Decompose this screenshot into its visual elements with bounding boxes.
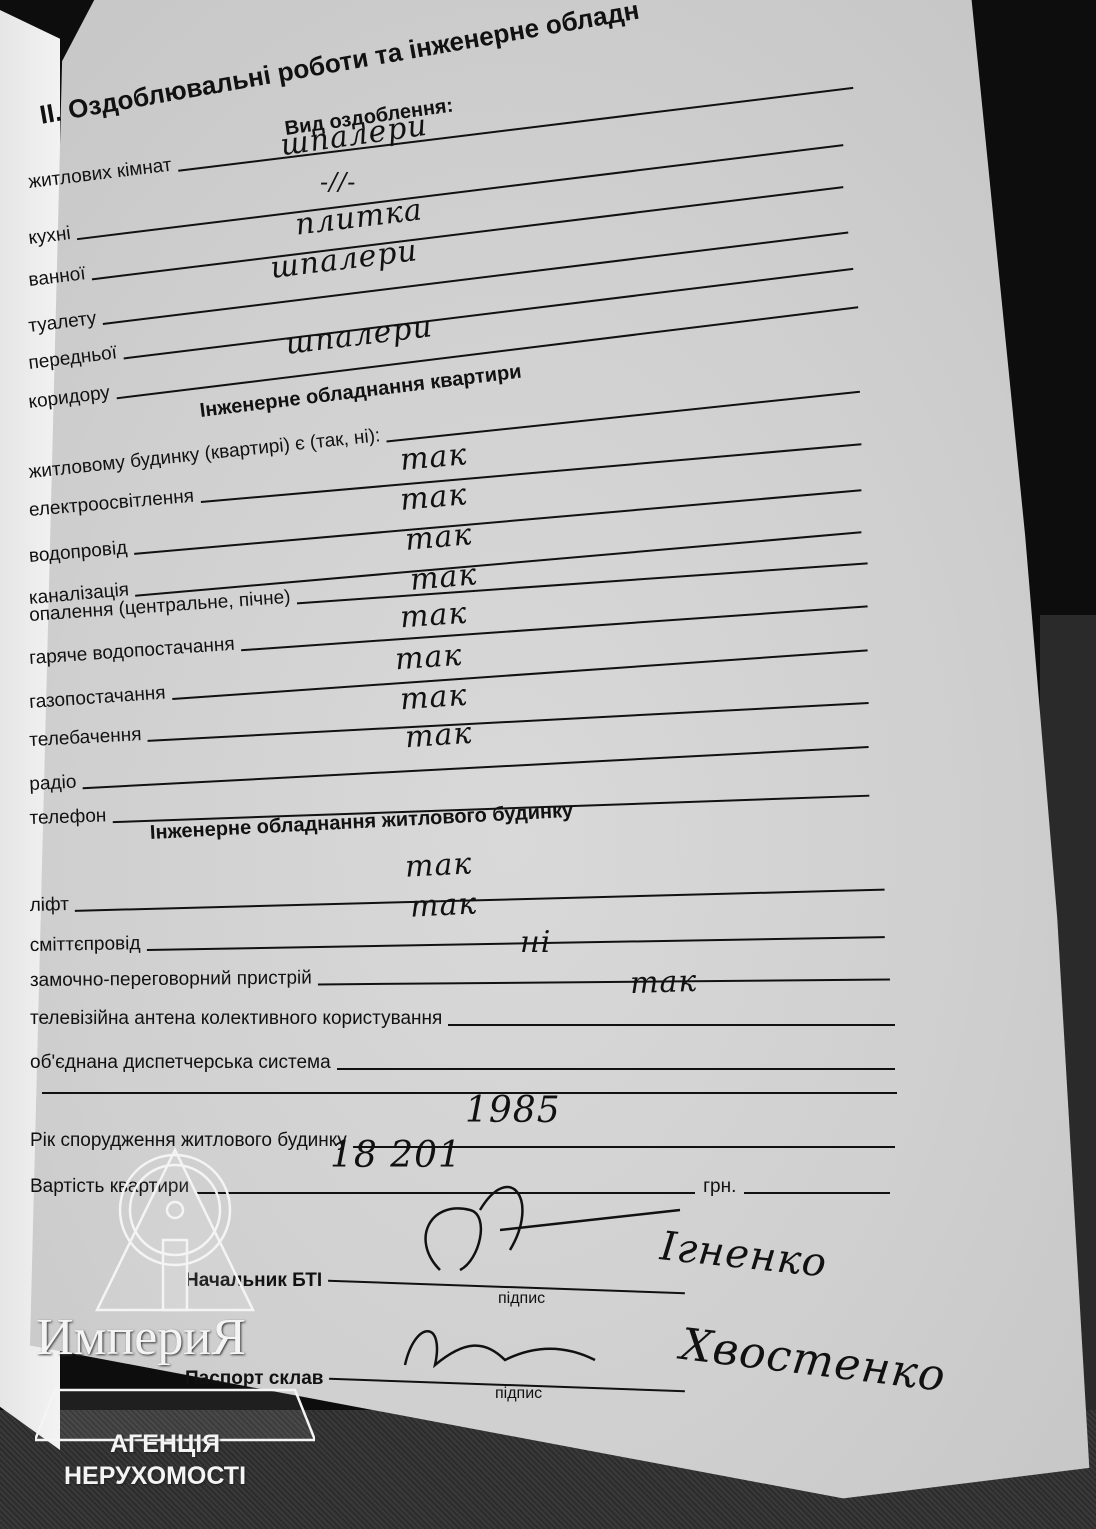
building-row: сміттєпровід [30,920,885,957]
handwritten-value: так [394,638,464,678]
handwritten-value: так [399,477,469,518]
row-label: кухні [27,222,78,250]
signature-scribble [395,1310,635,1390]
signatory-name: Хвостенко [678,1319,949,1402]
row-label: гаряче водопостачання [28,633,241,670]
row-label: телебачення [29,724,148,752]
fill-line [318,977,890,985]
row-label: житлових кімнат [27,154,178,194]
row-label: радіо [29,771,83,796]
row-label: коридору [27,381,117,414]
handwritten-year: 1985 [465,1090,561,1131]
handwritten-value: так [399,678,469,718]
row-label: ванної [27,262,92,292]
handwritten-value: так [404,846,473,884]
row-label: водопровід [28,537,134,568]
building-row: об'єднана диспетчерська система [30,1052,895,1074]
handwritten-value: так [404,716,474,756]
row-label: телевізійна антена колективного користув… [30,1008,448,1030]
handwritten-value: ні [520,925,551,960]
fill-line [147,935,885,951]
watermark-line2: НЕРУХОМОСТІ [64,1462,246,1491]
building-row: замочно-переговорний пристрій [30,962,890,992]
handwritten-value: так [399,437,469,478]
fill-line [744,1191,890,1194]
fill-line [448,1023,895,1026]
handwritten-value: так [399,596,469,636]
watermark-line1: АГЕНЦІЯ [110,1430,220,1459]
handwritten-value: так [629,964,697,1001]
signature-scribble [380,1170,700,1300]
handwritten-value: так [409,557,479,598]
row-label: замочно-переговорний пристрій [30,967,318,992]
fill-line [337,1067,895,1070]
fill-line [75,888,885,912]
watermark-brand: ИмпериЯ [36,1308,246,1367]
building-row: телевізійна антена колективного користув… [30,1008,895,1030]
row-label: туалету [27,307,103,338]
handwritten-value: так [409,886,478,924]
handwritten-value: так [404,517,474,558]
empire-logo-icon [35,1140,315,1470]
handwritten-value: -//- [320,168,356,196]
row-label: газопостачання [28,682,172,714]
currency-label: грн. [695,1176,744,1198]
row-label: телефон [29,805,112,830]
row-label: передньої [27,342,124,375]
row-label: сміттєпровід [30,933,147,957]
row-label: електроосвітлення [28,485,201,522]
row-label: об'єднана диспетчерська система [30,1052,337,1074]
row-label: ліфт [29,894,75,917]
